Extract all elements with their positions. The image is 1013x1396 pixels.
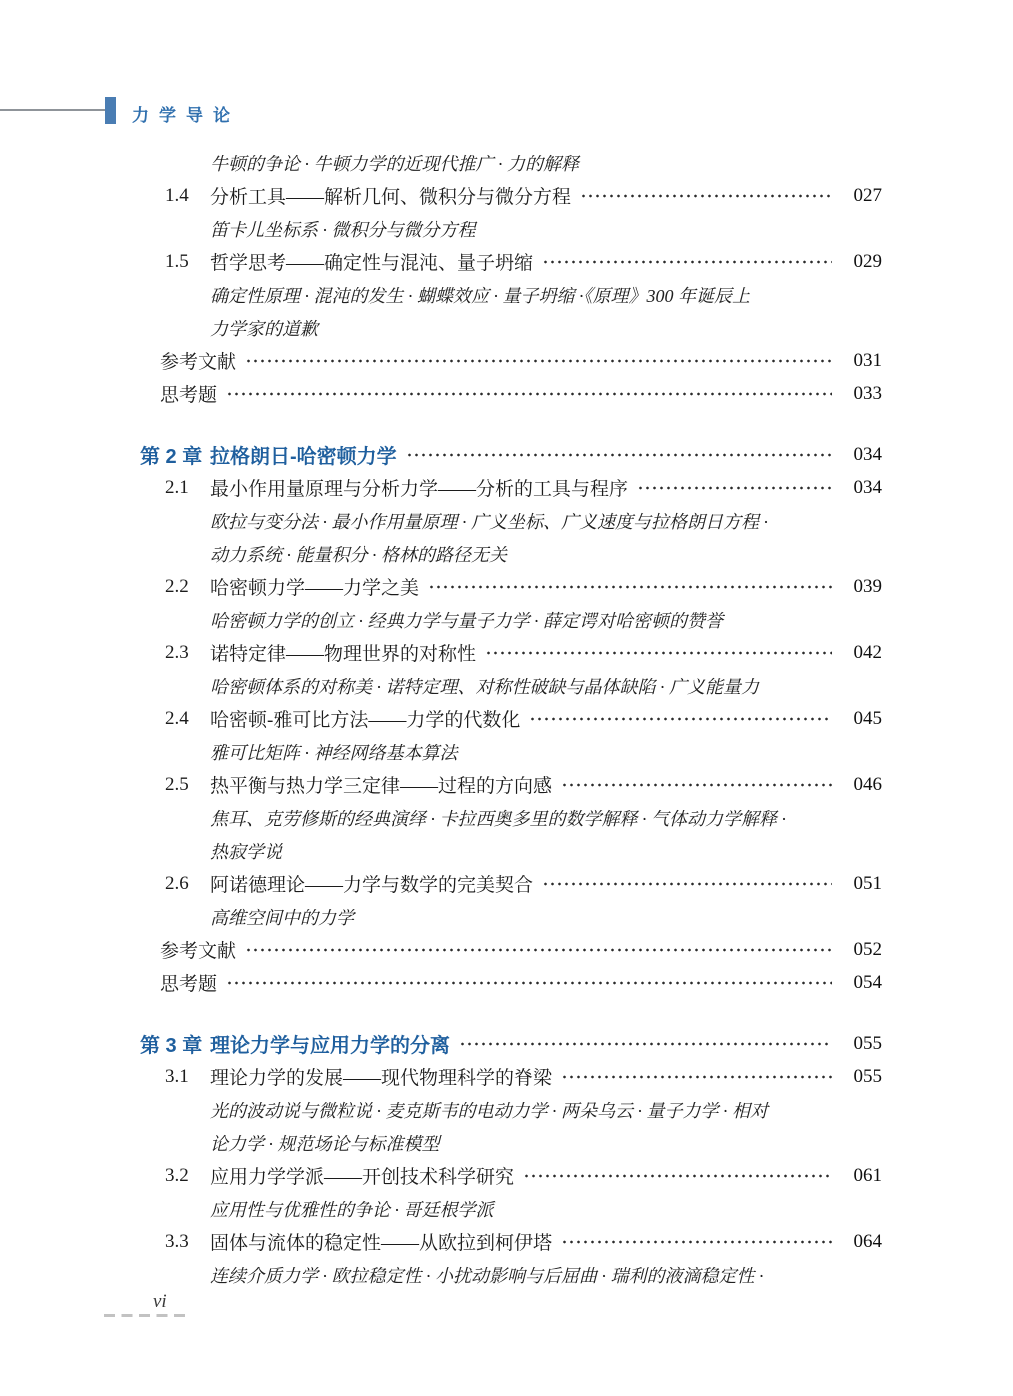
book-title: 力学导论	[132, 101, 240, 126]
footer-dash-marks	[104, 1314, 190, 1317]
toc-section-row: 1.5哲学思考——确定性与混沌、量子坍缩029	[140, 245, 882, 278]
toc-section-row: 2.2哈密顿力学——力学之美039	[140, 570, 882, 603]
toc-ref-row: 参考文献052	[140, 933, 882, 966]
subtitle-text: 连续介质力学 · 欧拉稳定性 · 小扰动影响与后屈曲 · 瑞利的液滴稳定性 ·	[210, 1262, 764, 1288]
chapter-number: 第 3 章	[140, 1029, 210, 1058]
dot-leader	[245, 344, 832, 377]
page-number: 042	[838, 642, 882, 664]
toc-section-row: 2.3诺特定律——物理世界的对称性042	[140, 636, 882, 669]
subtitle-text: 动力系统 · 能量积分 · 格林的路径无关	[210, 541, 507, 567]
subtitle-text: 光的波动说与微粒说 · 麦克斯韦的电动力学 · 两朵乌云 · 量子力学 · 相对	[210, 1097, 768, 1123]
toc-subtitle-row: 哈密顿力学的创立 · 经典力学与量子力学 · 薛定谔对哈密顿的赞誉	[140, 603, 882, 636]
dot-leader	[406, 438, 832, 471]
subtitle-text: 欧拉与变分法 · 最小作用量原理 · 广义坐标、广义速度与拉格朗日方程 ·	[210, 508, 768, 534]
page-number: 034	[838, 477, 882, 499]
page-number: 061	[838, 1165, 882, 1187]
toc-subtitle-row: 动力系统 · 能量积分 · 格林的路径无关	[140, 537, 882, 570]
dot-leader	[580, 179, 832, 212]
toc-ref-row: 思考题054	[140, 966, 882, 999]
toc-subtitle-row: 应用性与优雅性的争论 · 哥廷根学派	[140, 1192, 882, 1225]
subtitle-text: 哈密顿体系的对称美 · 诺特定理、对称性破缺与晶体缺陷 · 广义能量力	[210, 673, 759, 699]
toc-section-row: 3.1理论力学的发展——现代物理科学的脊梁055	[140, 1060, 882, 1093]
section-number: 2.6	[165, 873, 210, 895]
ref-title: 思考题	[160, 969, 217, 996]
section-title: 应用力学学派——开创技术科学研究	[210, 1162, 514, 1189]
ref-title: 思考题	[160, 380, 217, 407]
subtitle-text: 哈密顿力学的创立 · 经典力学与量子力学 · 薛定谔对哈密顿的赞誉	[210, 607, 723, 633]
section-title: 哈密顿-雅可比方法——力学的代数化	[210, 705, 520, 732]
page-number: 031	[838, 350, 882, 372]
toc-subtitle-row: 雅可比矩阵 · 神经网络基本算法	[140, 735, 882, 768]
section-title: 阿诺德理论——力学与数学的完美契合	[210, 870, 533, 897]
page-number: 064	[838, 1231, 882, 1253]
page-number: 029	[838, 251, 882, 273]
chapter-title: 理论力学与应用力学的分离	[210, 1029, 450, 1058]
dot-leader	[485, 636, 832, 669]
toc-section-row: 2.1最小作用量原理与分析力学——分析的工具与程序034	[140, 471, 882, 504]
subtitle-text: 牛顿的争论 · 牛顿力学的近现代推广 · 力的解释	[210, 150, 579, 176]
toc-ref-row: 参考文献031	[140, 344, 882, 377]
section-number: 2.3	[165, 642, 210, 664]
section-number: 1.4	[165, 185, 210, 207]
section-title: 最小作用量原理与分析力学——分析的工具与程序	[210, 474, 628, 501]
dot-leader	[226, 377, 832, 410]
dot-leader	[245, 933, 832, 966]
ref-title: 参考文献	[160, 936, 236, 963]
section-title: 哈密顿力学——力学之美	[210, 573, 419, 600]
page-number: 051	[838, 873, 882, 895]
dot-leader	[428, 570, 832, 603]
section-title: 固体与流体的稳定性——从欧拉到柯伊塔	[210, 1228, 552, 1255]
toc-subtitle-row: 欧拉与变分法 · 最小作用量原理 · 广义坐标、广义速度与拉格朗日方程 ·	[140, 504, 882, 537]
dot-leader	[561, 1225, 832, 1258]
section-number: 2.5	[165, 774, 210, 796]
dot-leader	[459, 1027, 832, 1060]
section-number: 2.4	[165, 708, 210, 730]
toc-subtitle-row: 力学家的道歉	[140, 311, 882, 344]
toc-subtitle-row: 笛卡儿坐标系 · 微积分与微分方程	[140, 212, 882, 245]
toc-ref-row: 思考题033	[140, 377, 882, 410]
toc-subtitle-row: 论力学 · 规范场论与标准模型	[140, 1126, 882, 1159]
page-number: 045	[838, 708, 882, 730]
header-accent-bar	[105, 97, 116, 124]
toc-subtitle-row: 哈密顿体系的对称美 · 诺特定理、对称性破缺与晶体缺陷 · 广义能量力	[140, 669, 882, 702]
subtitle-text: 笛卡儿坐标系 · 微积分与微分方程	[210, 216, 476, 242]
section-title: 热平衡与热力学三定律——过程的方向感	[210, 771, 552, 798]
toc-section-row: 1.4分析工具——解析几何、微积分与微分方程027	[140, 179, 882, 212]
page-number: 039	[838, 576, 882, 598]
subtitle-text: 论力学 · 规范场论与标准模型	[210, 1130, 440, 1156]
section-number: 3.1	[165, 1066, 210, 1088]
header-rule-line	[0, 109, 106, 111]
section-number: 1.5	[165, 251, 210, 273]
chapter-number: 第 2 章	[140, 440, 210, 469]
section-title: 诺特定律——物理世界的对称性	[210, 639, 476, 666]
toc-list: 牛顿的争论 · 牛顿力学的近现代推广 · 力的解释1.4分析工具——解析几何、微…	[140, 146, 882, 1291]
toc-subtitle-row: 焦耳、克劳修斯的经典演绎 · 卡拉西奥多里的数学解释 · 气体动力学解释 ·	[140, 801, 882, 834]
folio-page-number: vi	[153, 1291, 167, 1313]
subtitle-text: 热寂学说	[210, 838, 282, 864]
toc-section-row: 3.2应用力学学派——开创技术科学研究061	[140, 1159, 882, 1192]
page-number: 055	[838, 1066, 882, 1088]
toc-chapter-row: 第 2 章拉格朗日-哈密顿力学034	[140, 438, 882, 471]
ref-title: 参考文献	[160, 347, 236, 374]
dot-leader	[561, 768, 832, 801]
section-title: 哲学思考——确定性与混沌、量子坍缩	[210, 248, 533, 275]
section-number: 2.2	[165, 576, 210, 598]
subtitle-text: 确定性原理 · 混沌的发生 · 蝴蝶效应 · 量子坍缩 ·《原理》300 年诞辰…	[210, 282, 750, 308]
page-number: 054	[838, 972, 882, 994]
toc-section-row: 2.5热平衡与热力学三定律——过程的方向感046	[140, 768, 882, 801]
section-title: 分析工具——解析几何、微积分与微分方程	[210, 182, 571, 209]
subtitle-text: 雅可比矩阵 · 神经网络基本算法	[210, 739, 458, 765]
dot-leader	[529, 702, 832, 735]
subtitle-text: 焦耳、克劳修斯的经典演绎 · 卡拉西奥多里的数学解释 · 气体动力学解释 ·	[210, 805, 786, 831]
toc-subtitle-row: 热寂学说	[140, 834, 882, 867]
page-number: 033	[838, 383, 882, 405]
page-number: 027	[838, 185, 882, 207]
book-toc-page: { "header": { "book_title": "力学导论" }, "f…	[0, 0, 1013, 1396]
page-number: 034	[838, 444, 882, 466]
subtitle-text: 应用性与优雅性的争论 · 哥廷根学派	[210, 1196, 494, 1222]
toc-chapter-row: 第 3 章理论力学与应用力学的分离055	[140, 1027, 882, 1060]
chapter-title: 拉格朗日-哈密顿力学	[210, 440, 397, 469]
section-number: 2.1	[165, 477, 210, 499]
toc-section-row: 2.4哈密顿-雅可比方法——力学的代数化045	[140, 702, 882, 735]
section-number: 3.2	[165, 1165, 210, 1187]
page-number: 046	[838, 774, 882, 796]
dot-leader	[637, 471, 832, 504]
dot-leader	[226, 966, 832, 999]
toc-subtitle-row: 连续介质力学 · 欧拉稳定性 · 小扰动影响与后屈曲 · 瑞利的液滴稳定性 ·	[140, 1258, 882, 1291]
toc-section-row: 3.3固体与流体的稳定性——从欧拉到柯伊塔064	[140, 1225, 882, 1258]
dot-leader	[523, 1159, 832, 1192]
toc-subtitle-row: 光的波动说与微粒说 · 麦克斯韦的电动力学 · 两朵乌云 · 量子力学 · 相对	[140, 1093, 882, 1126]
page-number: 052	[838, 939, 882, 961]
section-number: 3.3	[165, 1231, 210, 1253]
dot-leader	[542, 867, 832, 900]
toc-subtitle-row: 确定性原理 · 混沌的发生 · 蝴蝶效应 · 量子坍缩 ·《原理》300 年诞辰…	[140, 278, 882, 311]
dot-leader	[561, 1060, 832, 1093]
page-number: 055	[838, 1033, 882, 1055]
dot-leader	[542, 245, 832, 278]
toc-subtitle-row: 牛顿的争论 · 牛顿力学的近现代推广 · 力的解释	[140, 146, 882, 179]
toc-subtitle-row: 高维空间中的力学	[140, 900, 882, 933]
toc-section-row: 2.6阿诺德理论——力学与数学的完美契合051	[140, 867, 882, 900]
section-title: 理论力学的发展——现代物理科学的脊梁	[210, 1063, 552, 1090]
subtitle-text: 高维空间中的力学	[210, 904, 354, 930]
subtitle-text: 力学家的道歉	[210, 315, 318, 341]
